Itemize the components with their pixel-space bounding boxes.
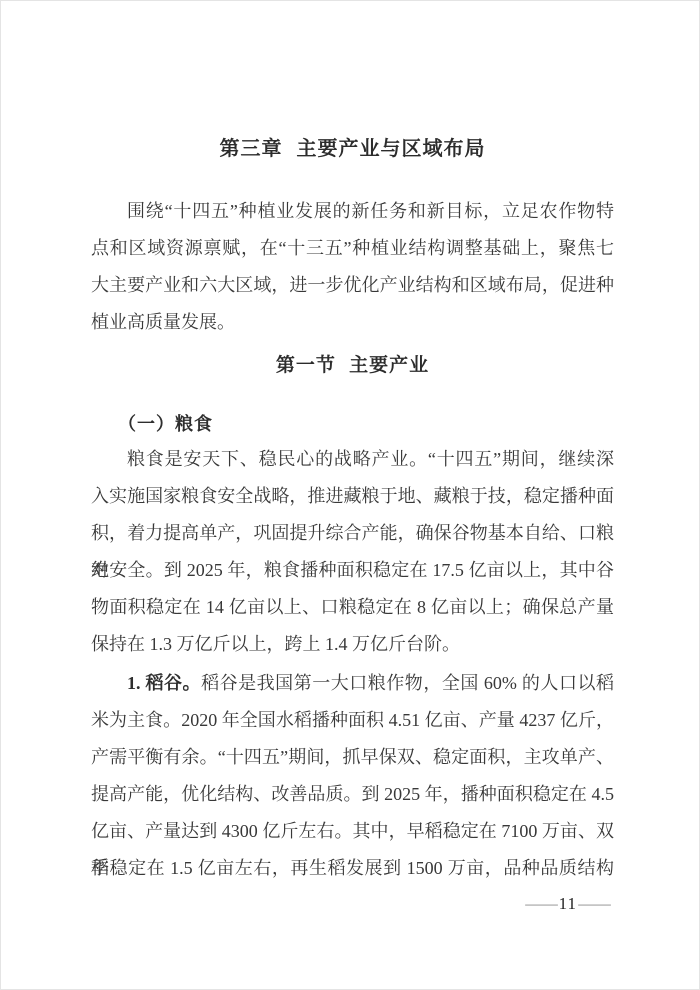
text-line: 1. 稻谷。稻谷是我国第一大口粮作物，全国 60% 的人口以稻: [91, 665, 614, 702]
text-line: 点和区域资源禀赋，在“十三五”种植业结构调整基础上，聚焦七: [91, 230, 614, 267]
intro-paragraph: 围绕“十四五”种植业发展的新任务和新目标，立足农作物特 点和区域资源禀赋，在“十…: [91, 193, 614, 341]
document-page: 第三章主要产业与区域布局 围绕“十四五”种植业发展的新任务和新目标，立足农作物特…: [0, 0, 700, 990]
text-line: 围绕“十四五”种植业发展的新任务和新目标，立足农作物特: [91, 193, 614, 230]
footer-dash-left: —: [525, 893, 557, 915]
text-line: 对安全。到 2025 年，粮食播种面积稳定在 17.5 亿亩以上，其中谷: [91, 552, 614, 589]
text-line: 入实施国家粮食安全战略，推进藏粮于地、藏粮于技，稳定播种面: [91, 478, 614, 515]
text-line: 植业高质量发展。: [91, 304, 614, 341]
rice-item-label: 1. 稻谷。: [127, 673, 201, 693]
section-label: 第一节: [276, 355, 336, 376]
grain-paragraph: 粮食是安天下、稳民心的战略产业。“十四五”期间，继续深 入实施国家粮食安全战略，…: [91, 441, 614, 663]
section-title: 主要产业: [349, 355, 429, 376]
text-line: 提高产能，优化结构、改善品质。到 2025 年，播种面积稳定在 4.5: [91, 776, 614, 813]
chapter-title: 主要产业与区域布局: [297, 138, 486, 160]
text-line: 粮食是安天下、稳民心的战略产业。“十四五”期间，继续深: [91, 441, 614, 478]
chapter-heading: 第三章主要产业与区域布局: [91, 136, 614, 162]
page-number-footer: —11—: [524, 893, 612, 915]
text-line: 产需平衡有余。“十四五”期间，抓早保双、稳定面积，主攻单产、: [91, 739, 614, 776]
text-line: 积，着力提高单产，巩固提升综合产能，确保谷物基本自给、口粮绝: [91, 515, 614, 552]
text-line: 大主要产业和六大区域，进一步优化产业结构和区域布局，促进种: [91, 267, 614, 304]
text-line: 稻稳定在 1.5 亿亩左右，再生稻发展到 1500 万亩，品种品质结构: [91, 850, 614, 887]
text-line: 米为主食。2020 年全国水稻播种面积 4.51 亿亩、产量 4237 亿斤，: [91, 702, 614, 739]
text-line: 亿亩、产量达到 4300 亿斤左右。其中，早稻稳定在 7100 万亩、双季: [91, 813, 614, 850]
page-number: 11: [559, 894, 577, 913]
text-line: 物面积稳定在 14 亿亩以上、口粮稳定在 8 亿亩以上；确保总产量: [91, 589, 614, 626]
rice-first-line-text: 稻谷是我国第一大口粮作物，全国 60% 的人口以稻: [201, 673, 614, 693]
chapter-label: 第三章: [220, 138, 283, 160]
rice-paragraph: 1. 稻谷。稻谷是我国第一大口粮作物，全国 60% 的人口以稻 米为主食。202…: [91, 665, 614, 887]
text-line: 保持在 1.3 万亿斤以上，跨上 1.4 万亿斤台阶。: [91, 626, 614, 663]
subsection-heading: （一）粮食: [91, 411, 614, 437]
footer-dash-right: —: [578, 893, 610, 915]
section-heading: 第一节主要产业: [91, 353, 614, 379]
